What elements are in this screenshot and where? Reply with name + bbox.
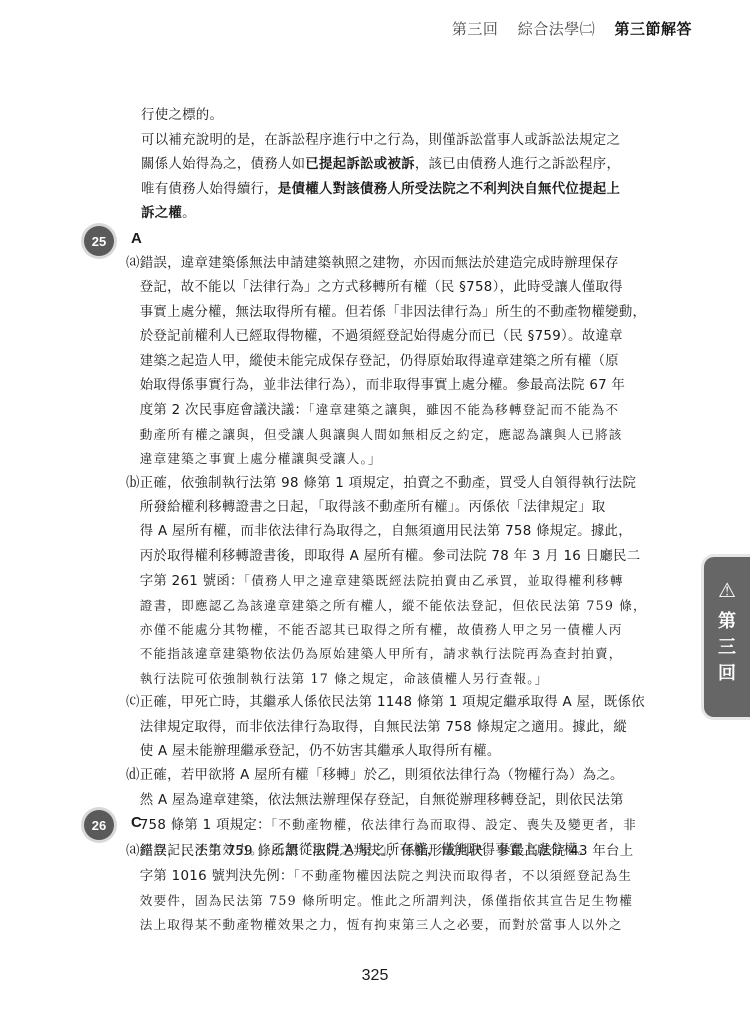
body-text: 使 A 屋未能辦理繼承登記，仍不妨害其繼承人取得所有權。 [126,744,501,759]
warning-icon: ⚠ [718,579,736,601]
question-number-badge: 26 [84,810,114,840]
body-text: 建築之起造人甲，縱使未能完成保存登記，仍得原始取得違章建築之所有權（原 [126,354,619,369]
body-text: 字第 1016 號判決先例： [126,869,294,884]
body-text: ⒟正確，若甲欲將 A 屋所有權「移轉」於乙，則須依法律行為（物權行為）為之。 [126,768,624,783]
text-line: 丙於取得權利移轉證書後，即取得 A 屋所有權。參司法院 78 年 3 月 16 … [126,545,640,569]
body-text: 事實上處分權，無法取得所有權。但若係「非因法律行為」所生的不動產物權變動， [126,305,646,320]
body-text: 始取得係事實行為，並非法律行為），而非取得事實上處分權。參最高法院 67 年 [126,378,625,393]
text-line: 關係人始得為之，債務人如已提起訴訟或被訴，該已由債務人進行之訴訟程序， [141,153,620,177]
text-line: 違章建築之事實上處分權讓與受讓人。」 [126,447,382,472]
body-text: 得 A 屋所有權，而非依法律行為取得之，自無須適用民法第 758 條規定。據此， [126,524,632,539]
text-line: 得 A 屋所有權，而非依法律行為取得之，自無須適用民法第 758 條規定。據此， [126,520,632,544]
side-tab-char: 回 [718,661,736,687]
text-line: 登記，故不能以「法律行為」之方式移轉所有權（民 §758），此時受讓人僅取得 [126,276,623,300]
quoted-citation: 「債務人甲之違章建築既經法院拍賣由乙承買，並取得權利移轉 [244,573,624,588]
text-line: 行使之標的。 [141,104,223,128]
page-number: 325 [0,967,750,985]
body-text: 所發給權利移轉證書之日起，「取得該不動產所有權」。丙係依「法律規定」取 [126,500,605,515]
emphasis-text: 是債權人對該債務人所受法院之不利判決自無代位提起上 [278,182,620,197]
body-text: ⒜錯誤，違章建築係無法申請建築執照之建物，亦因而無法於建造完成時辦理保存 [126,256,619,271]
text-line: 唯有債務人始得續行，是債權人對該債務人所受法院之不利判決自無代位提起上 [141,178,620,202]
body-text: 字第 261 號函： [126,574,244,589]
text-line: 建築之起造人甲，縱使未能完成保存登記，仍得原始取得違章建築之所有權（原 [126,350,619,374]
text-line: 字第 1016 號判決先例：「不動產物權因法院之判決而取得者，不以須經登記為生 [126,864,632,889]
quoted-citation: 效要件，固為民法第 759 條所明定。惟此之所謂判決，係僅指依其宣告足生物權 [126,893,633,908]
text-line: 使 A 屋未能辦理繼承登記，仍不妨害其繼承人取得所有權。 [126,740,501,764]
emphasis-text: 訴之權 [141,206,182,221]
text-line: ⒝正確，依強制執行法第 98 條第 1 項規定，拍賣之不動產，買受人自領得執行法… [126,472,636,496]
text-line: 事實上處分權，無法取得所有權。但若係「非因法律行為」所生的不動產物權變動， [126,301,646,325]
text-line: ⒜錯誤，民法第 759 條所謂「法院之判決」，係指形成判決。參最高法院 43 年… [126,840,633,864]
header-subject: 綜合法學㈡ [518,20,596,38]
text-line: 訴之權。 [141,202,196,226]
header-chapter: 第三回 [452,20,499,38]
body-text: 度第 2 次民事庭會議決議： [126,403,308,418]
quoted-citation: 「不動產物權因法院之判決而取得者，不以須經登記為生 [294,868,633,883]
body-text: 登記，故不能以「法律行為」之方式移轉所有權（民 §758），此時受讓人僅取得 [126,280,623,295]
quoted-citation: 違章建築之事實上處分權讓與受讓人。」 [126,451,382,466]
quoted-citation: 證書，即應認乙為該違章建築之所有權人，縱不能依法登記，但依民法第 759 條， [126,598,647,613]
text-line: 字第 261 號函：「債務人甲之違章建築既經法院拍賣由乙承買，並取得權利移轉 [126,569,624,594]
quoted-citation: 動產所有權之讓與，但受讓人與讓與人間如無相反之約定，應認為讓與人已將該 [126,427,623,442]
header-section: 第三節解答 [614,20,692,38]
quoted-citation: 執行法院可依強制執行法第 17 條之規定，命該債權人另行查報。」 [126,671,549,686]
emphasis-text: 已提起訴訟或被訴 [305,157,415,172]
body-text: ⒜錯誤，民法第 759 條所謂「法院之判決」，係指形成判決。參最高法院 43 年… [126,844,633,859]
quoted-citation: 亦僅不能處分其物權，不能否認其已取得之所有權，故債務人甲之另一債權人丙 [126,622,623,637]
text-line: 於登記前權利人已經取得物權，不過須經登記始得處分而已（民 §759）。故違章 [126,325,623,349]
body-text: 法律規定取得，而非依法律行為取得，自無民法第 758 條規定之適用。據此，縱 [126,720,627,735]
body-text: 行使之標的。 [141,108,223,123]
text-line: 法上取得某不動產物權效果之力，恆有拘束第三人之必要，而對於當事人以外之 [126,913,623,938]
running-header: 第三回 綜合法學㈡ 第三節解答 [452,18,692,39]
text-line: 法律規定取得，而非依法律行為取得，自無民法第 758 條規定之適用。據此，縱 [126,716,627,740]
quoted-citation: 不能指該違章建築物依法仍為原始建築人甲所有，請求執行法院再為查封拍賣， [126,646,623,661]
answer-letter: A [131,230,142,247]
text-line: 效要件，固為民法第 759 條所明定。惟此之所謂判決，係僅指依其宣告足生物權 [126,889,633,914]
quoted-citation: 「不動產物權，依法律行為而取得、設定、喪失及變更者，非 [271,817,637,832]
body-text: 唯有債務人始得續行， [141,182,278,197]
side-tab-char: 三 [718,635,736,661]
body-text: 於登記前權利人已經取得物權，不過須經登記始得處分而已（民 §759）。故違章 [126,329,623,344]
body-text: 關係人始得為之，債務人如 [141,157,305,172]
text-line: 所發給權利移轉證書之日起，「取得該不動產所有權」。丙係依「法律規定」取 [126,496,605,520]
body-text: ⒞正確，甲死亡時，其繼承人係依民法第 1148 條第 1 項規定繼承取得 A 屋… [126,695,645,710]
body-text: 。 [182,206,196,221]
body-text: ，該已由債務人進行之訴訟程序， [415,157,620,172]
text-line: 然 A 屋為違章建築，依法無法辦理保存登記，自無從辦理移轉登記，則依民法第 [126,789,624,813]
text-line: ⒞正確，甲死亡時，其繼承人係依民法第 1148 條第 1 項規定繼承取得 A 屋… [126,691,645,715]
text-line: 可以補充說明的是，在訴訟程序進行中之行為，則僅訴訟當事人或訴訟法規定之 [141,129,620,153]
side-tab-char: 第 [718,609,736,635]
text-line: 動產所有權之讓與，但受讓人與讓與人間如無相反之約定，應認為讓與人已將該 [126,423,623,448]
body-text: 丙於取得權利移轉證書後，即取得 A 屋所有權。參司法院 78 年 3 月 16 … [126,549,640,564]
text-line: 亦僅不能處分其物權，不能否認其已取得之所有權，故債務人甲之另一債權人丙 [126,618,623,643]
body-text: 可以補充說明的是，在訴訟程序進行中之行為，則僅訴訟當事人或訴訟法規定之 [141,133,620,148]
body-text: 758 條第 1 項規定： [126,818,271,833]
text-line: ⒜錯誤，違章建築係無法申請建築執照之建物，亦因而無法於建造完成時辦理保存 [126,252,619,276]
answer-letter: C [131,814,142,831]
quoted-citation: 「違章建築之讓與，雖因不能為移轉登記而不能為不 [308,402,619,417]
text-line: 執行法院可依強制執行法第 17 條之規定，命該債權人另行查報。」 [126,667,549,692]
text-line: 始取得係事實行為，並非法律行為），而非取得事實上處分權。參最高法院 67 年 [126,374,625,398]
body-text: 然 A 屋為違章建築，依法無法辦理保存登記，自無從辦理移轉登記，則依民法第 [126,793,624,808]
text-line: ⒟正確，若甲欲將 A 屋所有權「移轉」於乙，則須依法律行為（物權行為）為之。 [126,764,624,788]
chapter-side-tab[interactable]: ⚠ 第 三 回 [704,557,750,717]
body-text: ⒝正確，依強制執行法第 98 條第 1 項規定，拍賣之不動產，買受人自領得執行法… [126,476,636,491]
text-line: 度第 2 次民事庭會議決議：「違章建築之讓與，雖因不能為移轉登記而不能為不 [126,398,619,423]
question-number-badge: 25 [84,226,114,256]
text-line: 證書，即應認乙為該違章建築之所有權人，縱不能依法登記，但依民法第 759 條， [126,594,647,619]
text-line: 不能指該違章建築物依法仍為原始建築人甲所有，請求執行法院再為查封拍賣， [126,642,623,667]
quoted-citation: 法上取得某不動產物權效果之力，恆有拘束第三人之必要，而對於當事人以外之 [126,917,623,932]
text-line: 758 條第 1 項規定：「不動產物權，依法律行為而取得、設定、喪失及變更者，非 [126,813,637,838]
